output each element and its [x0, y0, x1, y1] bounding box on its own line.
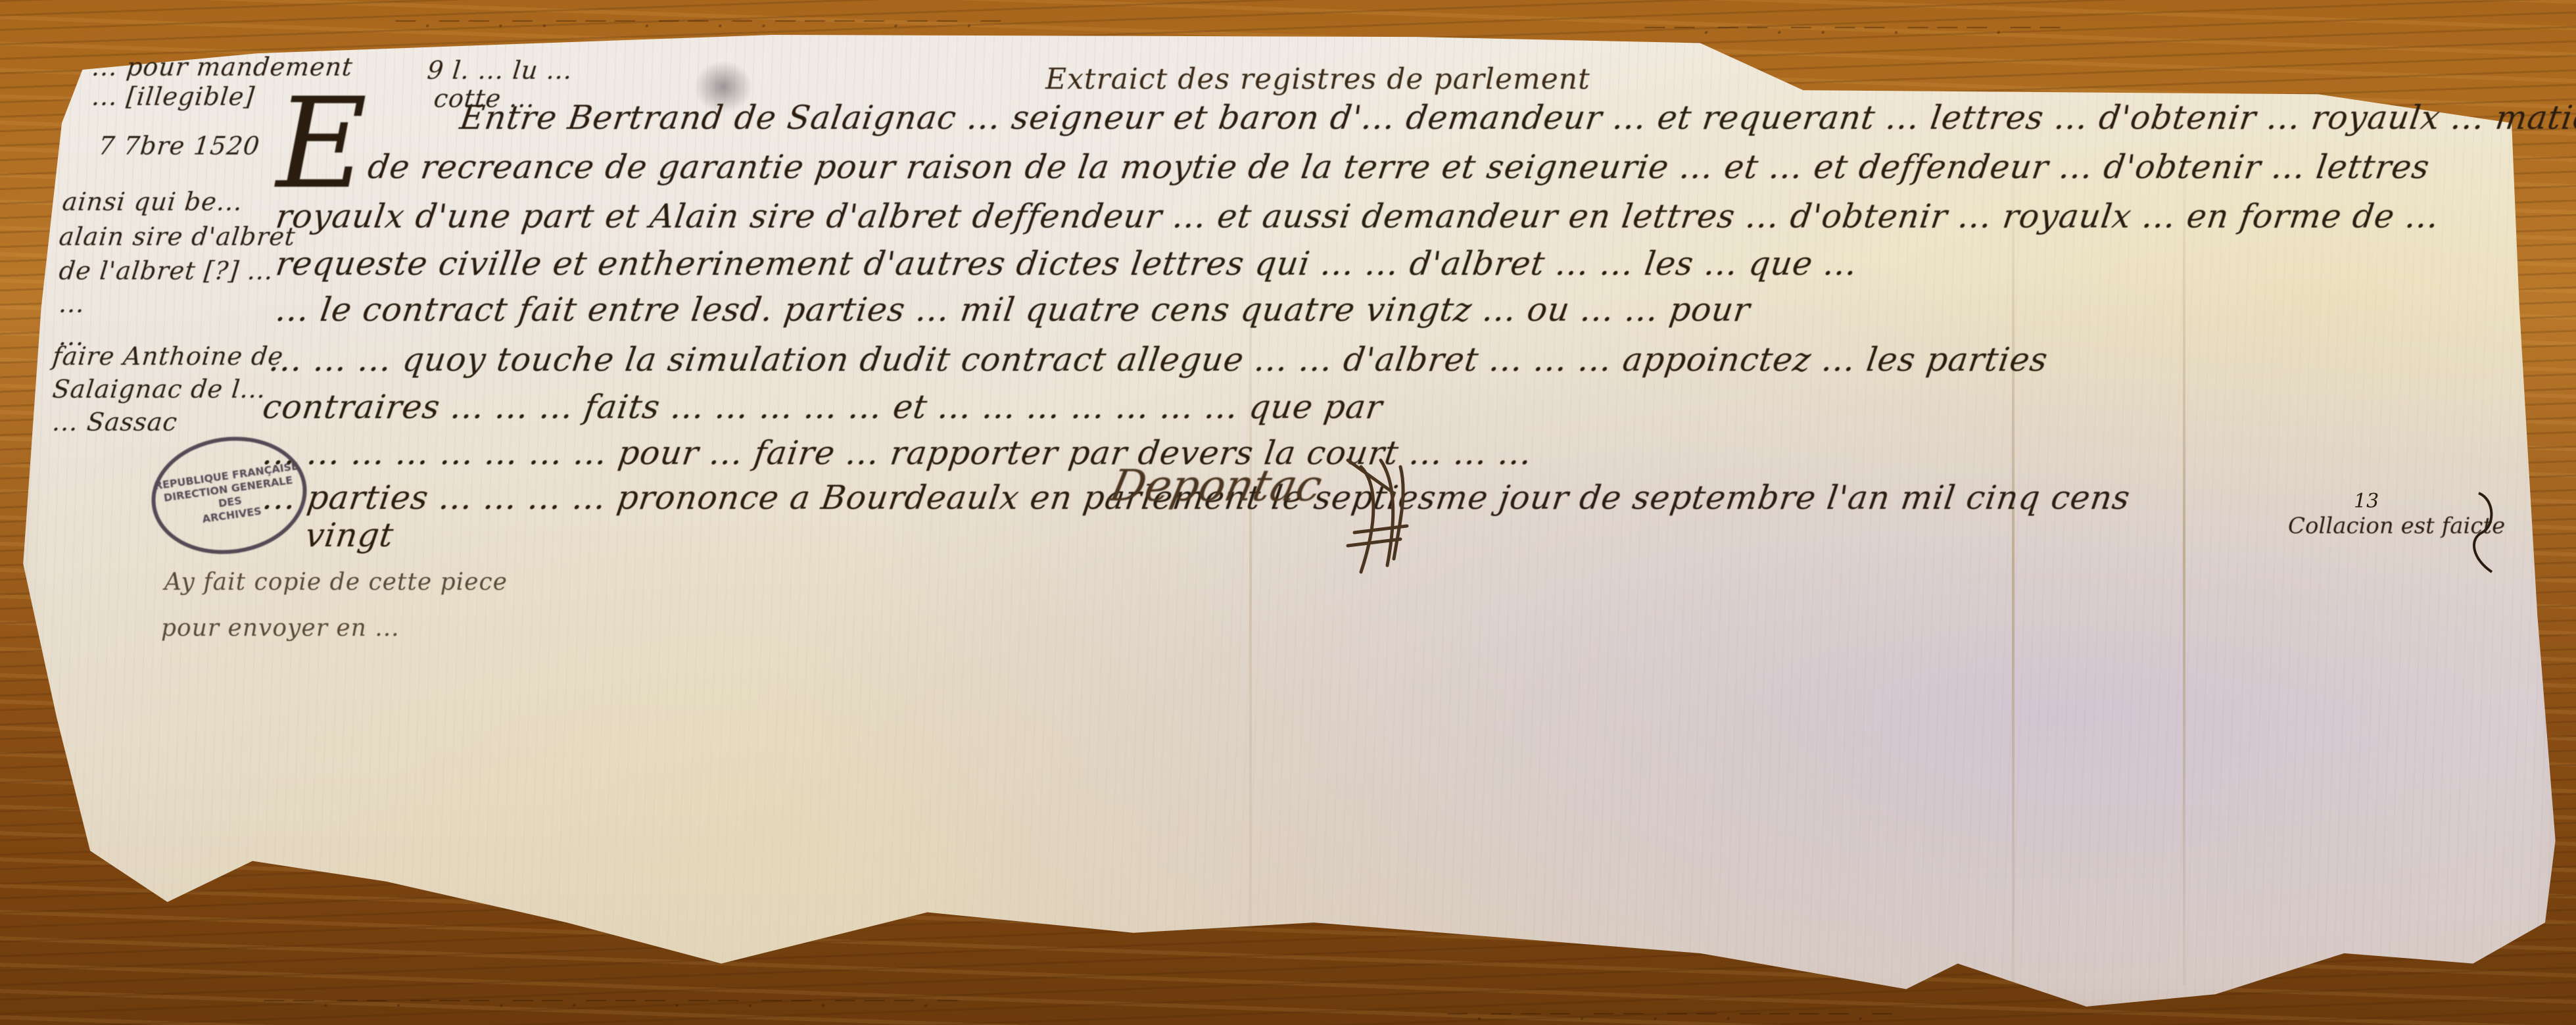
signature: Depontac: [1106, 460, 1327, 511]
margin-note: ... pour mandement: [91, 53, 354, 82]
wood-background-text: — . — — — . — — . — — . — — — — . —: [1446, 999, 1894, 1025]
top-note-line: 9 l. ... lu ...: [426, 56, 574, 85]
margin-note: de l'albret [?] ...: [58, 256, 275, 285]
body-line: de recreance de garantie pour raison de …: [366, 148, 2432, 186]
right-annotation-number: 13: [2354, 490, 2379, 513]
copy-note-line: pour envoyer en ...: [161, 615, 400, 642]
fold-crease: [2012, 131, 2015, 986]
margin-note: ...: [58, 289, 87, 318]
body-line: contraires ... ... ... faits ... ... ...…: [260, 388, 1385, 426]
body-line: ... le contract fait entre lesd. parties…: [274, 291, 1753, 329]
margin-note: faire Anthoine de: [51, 342, 285, 371]
document-heading: Extraict des registres de parlement: [1045, 62, 1590, 96]
body-line: ... ... ... quoy touche la simulation du…: [267, 341, 2051, 379]
margin-note: ... Sassac: [51, 408, 179, 437]
wood-background-text: — — . — — . — . — — . — — — . — —: [1644, 13, 2061, 39]
wood-background-text: — — . — — . — — — . — — . — — — . — — . …: [263, 986, 959, 1013]
fold-crease: [2183, 131, 2185, 986]
margin-note: alain sire d'albret: [58, 222, 297, 251]
body-line: royaulx d'une part et Alain sire d'albre…: [274, 197, 2442, 235]
copy-note-line: Ay fait copie de cette piece: [164, 569, 508, 596]
wood-background-text: — . — — . — . — — — . — — . — . — — — — …: [394, 7, 1002, 33]
margin-note: 7 7bre 1520: [97, 131, 262, 160]
signature-paraph-icon: [1335, 454, 1420, 579]
body-line: Entre Bertrand de Salaignac ... seigneur…: [458, 99, 2576, 137]
margin-note: ainsi qui be...: [61, 187, 245, 216]
body-line: vingt: [303, 516, 396, 554]
margin-note: Salaignac de l...: [51, 375, 268, 404]
body-line: requeste civille et entherinement d'autr…: [274, 245, 1860, 283]
margin-note: ... [illegible]: [91, 82, 256, 111]
right-paraph-icon: [2459, 487, 2505, 579]
decorated-initial: E: [276, 71, 368, 216]
